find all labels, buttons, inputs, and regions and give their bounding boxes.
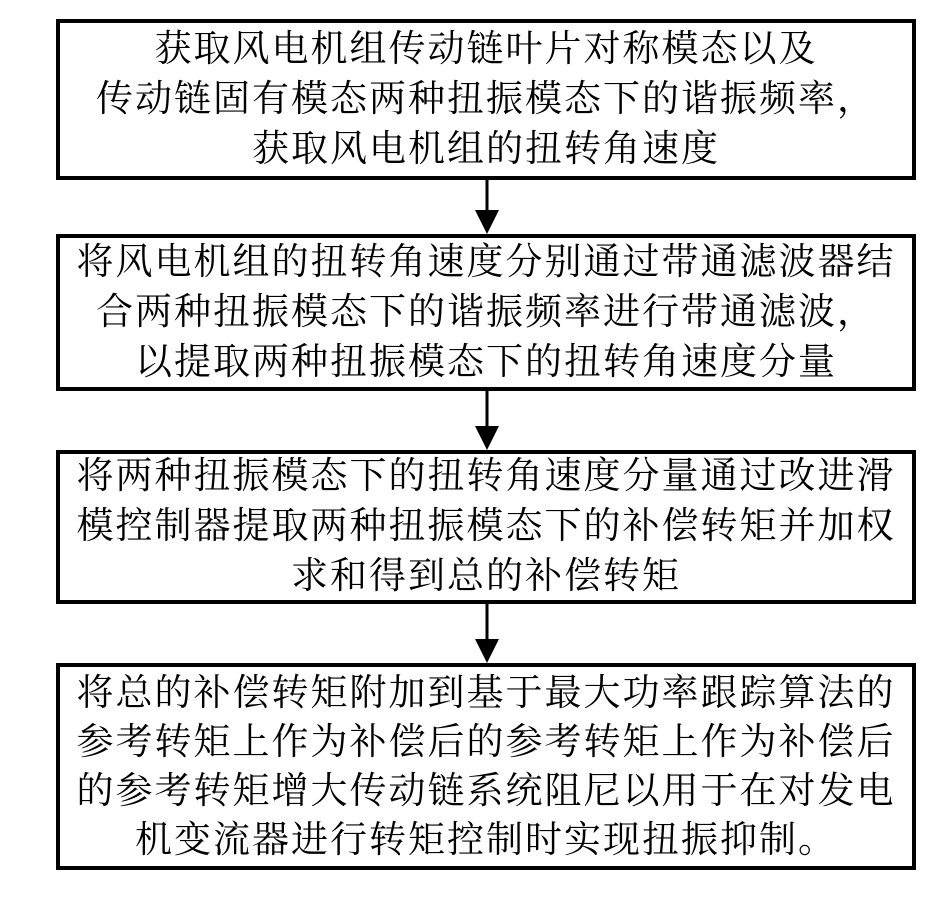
flowchart-diagram: 获取风电机组传动链叶片对称模态以及 传动链固有模态两种扭振模态下的谐振频率， 获…: [0, 0, 940, 915]
flow-step-2: 将风电机组的扭转角速度分别通过带通滤波器结 合两种扭振模态下的谐振频率进行带通滤…: [56, 234, 916, 391]
flow-step-2-line-3: 以提取两种扭振模态下的扭转角速度分量: [135, 338, 837, 388]
flow-step-4-line-2: 参考转矩上作为补偿后的参考转矩上作为补偿后: [77, 718, 896, 767]
flow-step-3-line-3: 求和得到总的补偿转矩: [291, 552, 681, 602]
flow-step-4-line-3: 的参考转矩增大传动链系统阻尼以用于在对发电: [77, 767, 896, 816]
arrow-head-icon: [475, 639, 499, 663]
arrow-head-icon: [475, 210, 499, 234]
arrow-head-icon: [475, 426, 499, 450]
flow-step-3-line-2: 模控制器提取两种扭振模态下的补偿转矩并加权: [77, 502, 896, 552]
flow-step-1-line-2: 传动链固有模态两种扭振模态下的谐振频率，: [96, 75, 876, 125]
arrow-down-icon: [475, 604, 499, 663]
flow-step-4-line-4: 机变流器进行转矩控制时实现扭振抑制。: [135, 816, 837, 865]
flow-step-1-line-3: 获取风电机组的扭转角速度: [252, 125, 720, 175]
flow-step-1-line-1: 获取风电机组传动链叶片对称模态以及: [155, 25, 818, 75]
flow-step-4-line-1: 将总的补偿转矩附加到基于最大功率跟踪算法的: [77, 669, 896, 718]
flow-step-2-line-1: 将风电机组的扭转角速度分别通过带通滤波器结: [77, 238, 896, 288]
flow-step-2-line-2: 合两种扭振模态下的谐振频率进行带通滤波，: [96, 288, 876, 338]
flow-step-3: 将两种扭振模态下的扭转角速度分量通过改进滑 模控制器提取两种扭振模态下的补偿转矩…: [56, 450, 916, 604]
arrow-down-icon: [475, 391, 499, 450]
flow-step-3-line-1: 将两种扭振模态下的扭转角速度分量通过改进滑: [77, 452, 896, 502]
arrow-down-icon: [475, 180, 499, 234]
flow-step-1: 获取风电机组传动链叶片对称模态以及 传动链固有模态两种扭振模态下的谐振频率， 获…: [56, 19, 916, 180]
flow-step-4: 将总的补偿转矩附加到基于最大功率跟踪算法的 参考转矩上作为补偿后的参考转矩上作为…: [56, 663, 916, 870]
